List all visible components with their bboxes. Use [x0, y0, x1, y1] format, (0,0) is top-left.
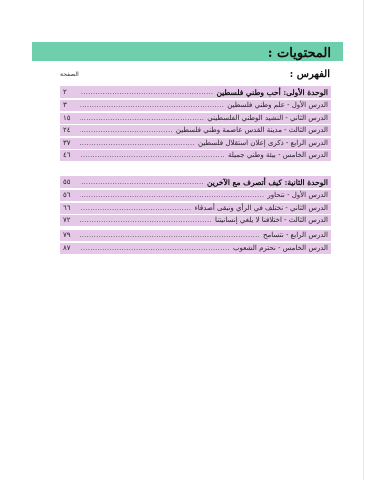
leader-dots: ........................................… — [80, 138, 195, 149]
lesson-title: الدرس الثالث - مدينة القدس عاصمة وطني فل… — [176, 125, 328, 136]
page-number: ١٥ — [63, 113, 77, 124]
toc-row[interactable]: الدرس الرابع - ذكرى إعلان استقلال فلسطين… — [60, 138, 331, 149]
index-label: الفهرس : — [290, 68, 330, 82]
leader-dots: ........................................… — [80, 230, 260, 241]
contents-title-bar: المحتويات : — [32, 42, 343, 61]
toc-row[interactable]: الدرس الثالث - مدينة القدس عاصمة وطني فل… — [60, 125, 331, 136]
leader-dots: ........................................… — [80, 243, 230, 254]
page-number: ٥٥ — [63, 177, 77, 188]
index-header: الفهرس : الصفحة — [60, 68, 332, 82]
page-number: ٢٤ — [63, 125, 77, 136]
leader-dots: ........................................… — [80, 125, 173, 136]
page-number: ٧٩ — [63, 230, 77, 241]
lesson-title: الدرس الأول - نتحاور — [267, 190, 328, 201]
leader-dots: ........................................… — [80, 215, 212, 226]
toc-row[interactable]: الدرس الرابع - نتسامح ..................… — [60, 230, 331, 241]
page-column-label: الصفحة — [60, 70, 79, 80]
toc-row[interactable]: الدرس الثالث - اختلافنا لا يلغي إنسانيتن… — [60, 215, 331, 226]
lesson-title: الدرس الثاني - نختلف في الرأي ونبقى أصدق… — [194, 203, 328, 214]
lesson-title: الدرس الرابع - ذكرى إعلان استقلال فلسطين — [198, 138, 328, 149]
unit-heading[interactable]: الوحدة الثانية: كيف أتصرف مع الآخرين ...… — [60, 176, 331, 188]
page-number: ٦٦ — [63, 203, 77, 214]
page-edge-line — [363, 0, 364, 480]
unit-1: الوحدة الأولى: أحب وطني فلسطين .........… — [60, 86, 331, 163]
lesson-title: الدرس الثاني - النشيد الوطني الفلسطيني — [207, 113, 328, 124]
leader-dots: ........................................… — [80, 177, 204, 188]
toc-row[interactable]: الدرس الأول - نتحاور ...................… — [60, 190, 331, 201]
lesson-title: الدرس الخامس - نحترم الشعوب — [233, 243, 328, 254]
toc-row[interactable]: الدرس الخامس - بيئة وطني جميلة .........… — [60, 150, 331, 161]
page-number: ٧٢ — [63, 215, 77, 226]
page-number: ٤٦ — [63, 150, 77, 161]
leader-dots: ........................................… — [80, 203, 191, 214]
lesson-title: الدرس الرابع - نتسامح — [263, 230, 328, 241]
lesson-title: الدرس الأول - علم وطني فلسطين — [227, 100, 328, 111]
toc-row[interactable]: الدرس الثاني - النشيد الوطني الفلسطيني .… — [60, 113, 331, 124]
contents-title: المحتويات : — [268, 46, 331, 61]
unit-2: الوحدة الثانية: كيف أتصرف مع الآخرين ...… — [60, 176, 331, 255]
unit-heading[interactable]: الوحدة الأولى: أحب وطني فلسطين .........… — [60, 86, 331, 98]
unit-title: الوحدة الثانية: كيف أتصرف مع الآخرين — [207, 177, 328, 188]
toc-row[interactable]: الدرس الأول - علم وطني فلسطين ..........… — [60, 100, 331, 111]
toc-row[interactable]: الدرس الثاني - نختلف في الرأي ونبقى أصدق… — [60, 203, 331, 214]
page-number: ٥٦ — [63, 190, 77, 201]
page-number: ٢ — [63, 87, 77, 98]
leader-dots: ........................................… — [80, 150, 225, 161]
page-number: ٨٧ — [63, 243, 77, 254]
leader-dots: ........................................… — [80, 87, 213, 98]
leader-dots: ........................................… — [80, 100, 224, 111]
page-number: ٣٧ — [63, 138, 77, 149]
lesson-title: الدرس الثالث - اختلافنا لا يلغي إنسانيتن… — [215, 215, 328, 226]
leader-dots: ........................................… — [80, 190, 264, 201]
unit-title: الوحدة الأولى: أحب وطني فلسطين — [216, 87, 328, 98]
page-number: ٣ — [63, 100, 77, 111]
toc-row[interactable]: الدرس الخامس - نحترم الشعوب ............… — [60, 243, 331, 254]
leader-dots: ........................................… — [80, 113, 204, 124]
lesson-title: الدرس الخامس - بيئة وطني جميلة — [228, 150, 328, 161]
